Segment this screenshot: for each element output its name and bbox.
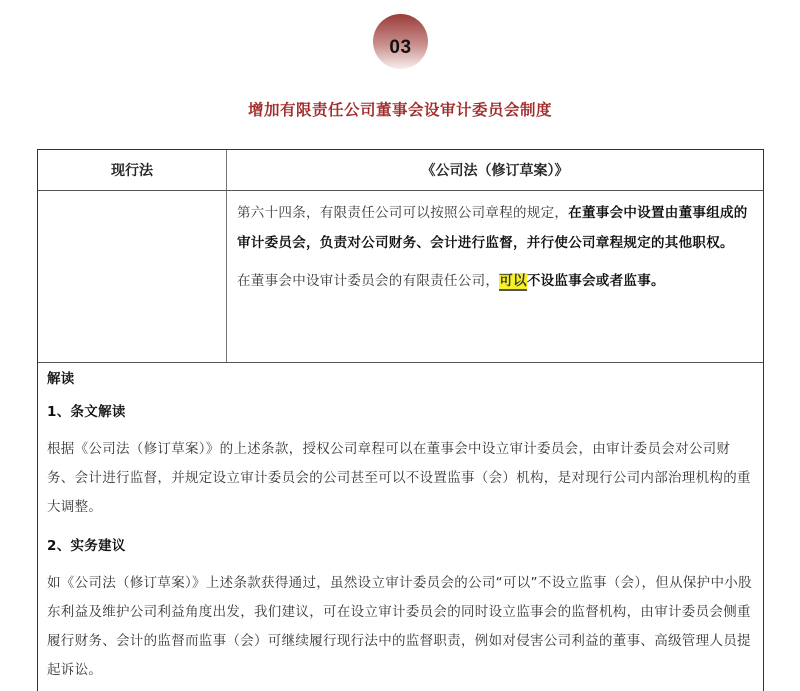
interpretation-section: 解读 1、条文解读 根据《公司法（修订草案）》的上述条款，授权公司章程可以在董事… — [38, 363, 763, 691]
article-bold-text: 不设监事会或者监事。 — [527, 273, 665, 289]
article-text: 第六十四条，有限责任公司可以按照公司章程的规定， — [237, 205, 568, 221]
table-header-row: 现行法 《公司法（修订草案）》 — [38, 150, 763, 191]
table-row: 第六十四条，有限责任公司可以按照公司章程的规定，在董事会中设置由董事组成的审计委… — [38, 191, 763, 363]
section-number: 03 — [389, 37, 411, 59]
comparison-table: 现行法 《公司法（修订草案）》 第六十四条，有限责任公司可以按照公司章程的规定，… — [37, 149, 764, 691]
section2-heading: 2、实务建议 — [47, 536, 753, 556]
section1-heading: 1、条文解读 — [47, 402, 753, 422]
article-paragraph-2: 在董事会中设审计委员会的有限责任公司，可以不设监事会或者监事。 — [237, 266, 755, 296]
section-title: 增加有限责任公司董事会设审计委员会制度 — [0, 98, 800, 120]
article-paragraph-1: 第六十四条，有限责任公司可以按照公司章程的规定，在董事会中设置由董事组成的审计委… — [237, 198, 755, 258]
header-draft-law: 《公司法（修订草案）》 — [227, 150, 763, 190]
article-text: 在董事会中设审计委员会的有限责任公司， — [237, 273, 499, 289]
section-number-badge: 03 — [373, 14, 428, 69]
interpretation-heading: 解读 — [47, 369, 753, 389]
current-law-cell — [38, 191, 227, 362]
header-current-law: 现行法 — [38, 150, 227, 190]
highlighted-text: 可以 — [499, 273, 527, 291]
draft-law-cell: 第六十四条，有限责任公司可以按照公司章程的规定，在董事会中设置由董事组成的审计委… — [227, 191, 763, 362]
section1-text: 根据《公司法（修订草案）》的上述条款，授权公司章程可以在董事会中设立审计委员会，… — [47, 435, 753, 522]
section2-text: 如《公司法（修订草案）》上述条款获得通过，虽然设立审计委员会的公司“可以”不设立… — [47, 569, 753, 685]
